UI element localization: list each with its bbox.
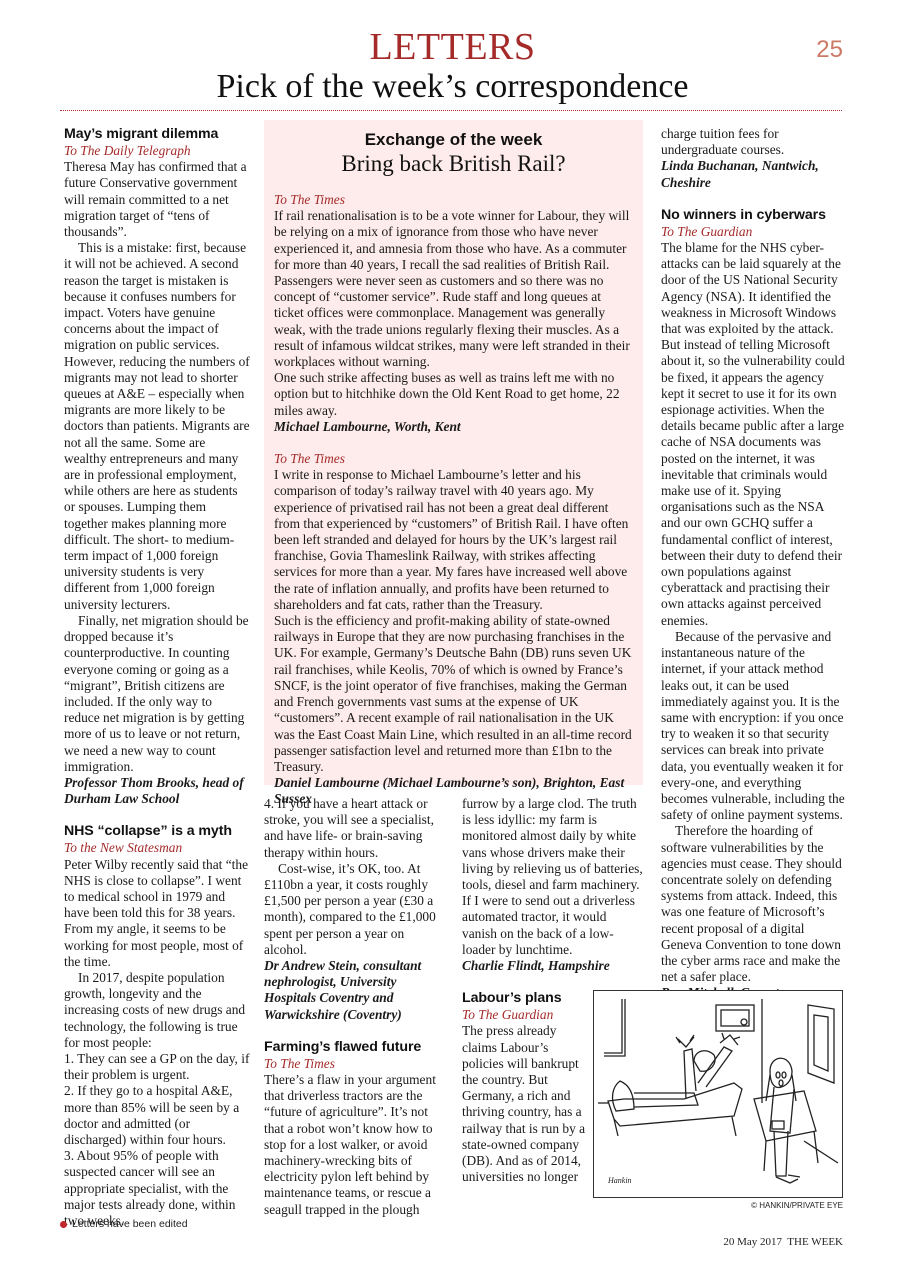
letter-source: To the New Statesman [64,840,250,856]
letter-paragraph: Such is the efficiency and profit-making… [274,613,633,775]
letter-signature: Michael Lambourne, Worth, Kent [274,419,633,435]
cartoon-illustration: Hankin [593,990,843,1198]
column-1: May’s migrant dilemma To The Daily Teleg… [64,126,250,1229]
cartoon-credit: © HANKIN/PRIVATE EYE [593,1201,843,1210]
letter-headline: Farming’s flawed future [264,1039,450,1056]
letter-paragraph: Peter Wilby recently said that “the NHS … [64,857,250,970]
list-item: 1. They can see a GP on the day, if thei… [64,1051,250,1083]
letter-signature: Charlie Flindt, Hampshire [462,958,644,974]
letter-source: To The Guardian [661,224,845,240]
column-4: charge tuition fees for undergraduate co… [661,126,845,1002]
letter-paragraph: Finally, net migration should be dropped… [64,613,250,775]
letter-paragraph: In 2017, despite population growth, long… [64,970,250,1051]
letter-paragraph: If rail renationalisation is to be a vot… [274,208,633,370]
page-subtitle: Pick of the week’s correspondence [0,68,905,106]
letter-paragraph: charge tuition fees for undergraduate co… [661,126,845,158]
letter-paragraph: Cost-wise, it’s OK, too. At £110bn a yea… [264,861,450,958]
cartoonist-signature: Hankin [608,1176,632,1185]
letter-signature: Professor Thom Brooks, head of Durham La… [64,775,250,807]
footer-dateline: 20 May 2017 THE WEEK [723,1236,843,1248]
list-item: 4. If you have a heart attack or stroke,… [264,796,450,861]
letter-headline: No winners in cyberwars [661,207,845,224]
header-divider [60,110,842,111]
letter-source: To The Guardian [462,1007,586,1023]
column-2: 4. If you have a heart attack or stroke,… [264,796,450,1218]
exchange-of-the-week-box: Exchange of the week Bring back British … [264,120,643,785]
letter-paragraph: This is a mistake: first, because it wil… [64,240,250,613]
letter-paragraph: The blame for the NHS cyber-attacks can … [661,240,845,629]
exchange-title: Bring back British Rail? [274,150,633,178]
letter-paragraph: Therefore the hoarding of software vulne… [661,823,845,985]
letter-paragraph: There’s a flaw in your argument that dri… [264,1072,450,1218]
letter-paragraph: furrow by a large clod. The truth is les… [462,796,644,958]
bullet-dot-icon [60,1221,67,1228]
letter-paragraph: The press already claims Labour’s polici… [462,1023,586,1185]
letter-paragraph: I write in response to Michael Lambourne… [274,467,633,613]
letter-paragraph: Theresa May has confirmed that a future … [64,159,250,240]
list-item: 2. If they go to a hospital A&E, more th… [64,1083,250,1148]
page-header: LETTERS Pick of the week’s correspondenc… [0,28,905,106]
letter-signature: Linda Buchanan, Nantwich, Cheshire [661,158,845,190]
letter-headline: NHS “collapse” is a myth [64,823,250,840]
page-number: 25 [816,36,843,64]
edited-note-text: Letters have been edited [72,1218,188,1230]
letter-paragraph: Because of the pervasive and instantaneo… [661,629,845,823]
section-title: LETTERS [0,28,905,66]
edited-note: Letters have been edited [60,1218,188,1230]
letter-source: To The Times [274,192,633,208]
letter-signature: Dr Andrew Stein, consultant nephrologist… [264,958,450,1023]
letter-source: To The Times [274,451,633,467]
letter-source: To The Daily Telegraph [64,143,250,159]
letter-headline: May’s migrant dilemma [64,126,250,143]
exchange-kicker: Exchange of the week [274,130,633,150]
letter-paragraph: One such strike affecting buses as well … [274,370,633,419]
letter-source: To The Times [264,1056,450,1072]
psychiatrist-scream-cartoon-icon [594,991,842,1197]
